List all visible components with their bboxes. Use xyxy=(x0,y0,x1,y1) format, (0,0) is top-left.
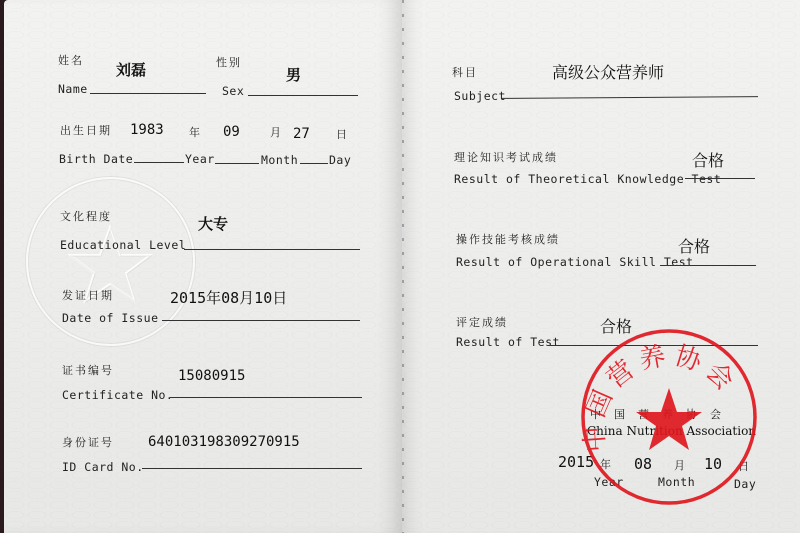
birth-date-label-en: Birth Date xyxy=(59,152,133,166)
sex-value: 男 xyxy=(286,64,301,85)
subject-underline xyxy=(502,96,758,99)
name-label-en: Name xyxy=(58,82,88,96)
theory-result-label-cn: 理论知识考试成绩 xyxy=(454,149,558,165)
education-value: 大专 xyxy=(198,213,228,234)
binding-stitch xyxy=(402,0,404,533)
id-card-value: 640103198309270915 xyxy=(148,434,300,450)
issue-date-value: 2015年08月10日 xyxy=(170,287,287,308)
left-page: 姓名 刘磊 Name 性别 男 Sex 出生日期 1983 年 09 月 27 … xyxy=(4,0,402,533)
birth-year-value: 1983 xyxy=(130,122,164,138)
certificate-no-underline xyxy=(170,397,362,398)
subject-label-en: Subject xyxy=(454,89,506,103)
name-underline xyxy=(90,93,206,94)
final-result-label-cn: 评定成绩 xyxy=(456,314,508,330)
theory-result-underline xyxy=(685,178,755,179)
sex-label-cn: 性别 xyxy=(216,54,242,70)
sex-label-en: Sex xyxy=(222,84,244,98)
name-label-cn: 姓名 xyxy=(58,52,84,68)
birth-day-cn: 日 xyxy=(336,126,349,142)
skill-result-underline xyxy=(660,265,756,266)
education-label-cn: 文化程度 xyxy=(60,208,112,224)
issue-date-underline xyxy=(162,320,360,321)
final-result-label-en: Result of Test xyxy=(456,335,560,349)
id-card-underline xyxy=(142,468,362,469)
skill-result-value: 合格 xyxy=(678,234,710,257)
id-card-label-en: ID Card No. xyxy=(62,460,144,474)
birth-month-value: 09 xyxy=(223,124,240,140)
subject-label-cn: 科目 xyxy=(452,64,478,80)
birth-month-cn: 月 xyxy=(270,124,283,140)
birth-year-cn: 年 xyxy=(189,124,202,140)
issue-date-label-cn: 发证日期 xyxy=(62,287,114,303)
birth-date-label-cn: 出生日期 xyxy=(60,122,112,138)
certificate-no-label-en: Certificate No. xyxy=(62,388,173,402)
skill-result-label-cn: 操作技能考核成绩 xyxy=(456,231,560,247)
sex-underline xyxy=(248,95,358,96)
birth-month-en: Month xyxy=(261,153,298,167)
official-stamp: 中国营养协会 xyxy=(578,326,760,508)
id-card-label-cn: 身份证号 xyxy=(62,434,114,450)
education-label-en: Educational Level xyxy=(60,238,186,252)
education-underline xyxy=(184,249,360,250)
star-icon xyxy=(636,388,702,450)
theory-result-label-en: Result of Theoretical Knowledge Test xyxy=(454,172,721,186)
certificate-no-label-cn: 证书编号 xyxy=(62,362,114,378)
birth-year-underline xyxy=(134,162,184,163)
issue-date-label-en: Date of Issue xyxy=(62,311,159,325)
theory-result-value: 合格 xyxy=(692,148,724,171)
skill-result-label-en: Result of Operational Skill Test xyxy=(456,255,694,269)
name-value: 刘磊 xyxy=(116,59,146,80)
subject-value: 高级公众营养师 xyxy=(552,60,664,83)
birth-day-en: Day xyxy=(329,153,351,167)
birth-day-underline xyxy=(300,163,328,164)
certificate-no-value: 15080915 xyxy=(178,368,245,384)
birth-year-en: Year xyxy=(185,152,215,166)
birth-day-value: 27 xyxy=(293,126,310,142)
birth-month-underline xyxy=(215,163,259,164)
